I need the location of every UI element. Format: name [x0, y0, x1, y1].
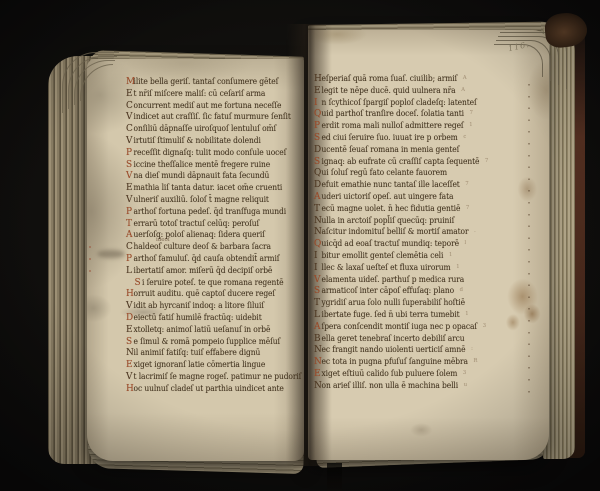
margin-dot	[89, 246, 91, 248]
interlinear-gloss: ideoſ	[156, 237, 170, 243]
manuscript-line: Ibitur emollit genteſ clemētia celi1	[314, 250, 517, 262]
line-text: onſiliū dāpnaſſe uiroſquoſ lentuluſ om̄ſ	[134, 124, 277, 133]
manuscript-line: Nec frangit nando uiolenti uerticiſ amnē…	[314, 344, 517, 356]
line-initial: D	[314, 179, 322, 191]
manuscript-line: Preceſſit dignaſq: tulit modo conſule uo…	[126, 147, 299, 159]
margin-mark: 7	[465, 181, 468, 187]
line-initial: N	[314, 356, 322, 368]
line-text: ecū magne uolet. n̄ hec fidutia gentiē	[322, 204, 461, 213]
line-text: arthoſ fortuna pedeſ. q̄d tranſfuga mund…	[134, 207, 287, 216]
margin-mark: 1	[465, 311, 468, 317]
line-initial: E	[126, 182, 134, 194]
margin-mark: 3	[463, 370, 466, 376]
line-initial: M	[126, 76, 134, 88]
line-text: irtutiſ ſtimuliſ & nobilitate dolendi	[134, 136, 261, 145]
line-initial: V	[126, 371, 134, 383]
line-initial: V	[126, 135, 134, 147]
line-initial: L	[126, 265, 134, 277]
margin-mark: 1	[449, 252, 452, 258]
margin-mark: 7	[466, 205, 469, 211]
line-text: idit ab hyrcaniſ indoq: a litore ſiluiſ	[134, 301, 264, 310]
line-initial: S	[314, 156, 322, 168]
margin-mark: R	[473, 358, 477, 364]
line-initial: C	[126, 123, 134, 135]
margin-mark: l	[465, 240, 467, 246]
line-initial: P	[126, 147, 134, 159]
manuscript-line: Tecū magne uolet. n̄ hec fidutia gentiē7	[314, 203, 517, 215]
manuscript-line: Concurrent mediſ aut me fortuna neceſſe	[126, 100, 299, 112]
manuscript-line: Quicq̄d ad eoaſ tractuſ mundiq: teporēl	[314, 238, 517, 250]
line-initial: A	[126, 229, 134, 241]
manuscript-line: Vindicet aut craſſiſ. ſic fatuſ murmure …	[126, 111, 299, 123]
line-initial: A	[314, 321, 322, 333]
line-text: il animiſ fatiſq: tuiſ effabere dignū	[134, 348, 261, 357]
line-text: xiget ignoranſ latie cōmertia lingue	[134, 360, 266, 369]
line-text: na dieſ mundi dāpnauit fata ſecundū	[134, 171, 270, 180]
manuscript-line: In ſcythicoſ ſpargiſ poploſ cladeſq: lat…	[314, 97, 517, 109]
manuscript-line: Exiget eſtiuū calido ſub puluere ſolem3	[314, 368, 517, 380]
line-text: uerſoſq: poloſ alienaq: ſidera queriſ	[134, 230, 265, 239]
line-initial: P	[126, 253, 134, 265]
manuscript-line: Auderi uictoriſ opeſ. aut uingere fata	[314, 191, 517, 203]
line-text: t lacrimiſ ſe magne rogeſ. patimur ne pu…	[134, 372, 302, 381]
manuscript-line: Vulneriſ auxiliū. ſoloſ t̄ magne reliqui…	[126, 194, 299, 206]
line-initial: S	[314, 285, 322, 297]
line-text: ed ciui ſeruire ſuo. iuuat ire p orbem	[322, 133, 458, 142]
line-initial: E	[314, 85, 322, 97]
line-text: eiectū fatiſ humilē fractūq: uidebit	[134, 313, 262, 322]
line-text: xiget eſtiuū calido ſub puluere ſolem	[322, 369, 458, 378]
manuscript-line: Signaq: ab eufrate cū craſſiſ capta ſequ…	[314, 156, 517, 168]
line-text: efuit emathie nunc tantaſ ille laceſſet	[322, 180, 460, 189]
line-text: uderi uictoriſ opeſ. aut uingere fata	[322, 192, 454, 201]
margin-mark: u	[464, 382, 467, 388]
line-initial: N	[314, 344, 322, 356]
manuscript-line: Bella geret tenebraſ incerto debiliſ arc…	[314, 333, 517, 345]
manuscript-line: Vna dieſ mundi dāpnauit fata ſecundū	[126, 170, 299, 182]
manuscript-line: Horruit auditu. quē captoſ ducere regeſ	[126, 288, 299, 300]
line-text: ec frangit nando uiolenti uerticiſ amnē	[322, 345, 466, 354]
margin-mark: d	[460, 287, 463, 293]
line-initial: I	[314, 97, 322, 109]
manuscript-line: Illec & laxaſ ueſteſ et fluxa uirorum1	[314, 262, 517, 274]
line-initial: P	[314, 120, 322, 132]
line-text: mathia liſ tanta datur. iacet om̄e cruen…	[134, 183, 283, 192]
line-initial: T	[314, 203, 322, 215]
margin-mark: 1	[456, 264, 459, 270]
manuscript-line: Tygridiſ arua ſolo nulli ſuperabiliſ hoſ…	[314, 297, 517, 309]
manuscript-line: Perdit roma mali nulloſ admittere regeſ1	[314, 120, 517, 132]
manuscript-line: Terrarū totoſ tractuſ celūq: peroſuſ	[126, 218, 299, 230]
manuscript-line: Auerſoſq: poloſ alienaq: ſidera queriſ	[126, 229, 299, 241]
line-text: ulneriſ auxiliū. ſoloſ t̄ magne reliquit	[134, 195, 269, 204]
line-text: iccine theſſalice mentē fregere ruine	[134, 160, 271, 169]
manuscript-line: Si ſeruire poteſ. te que romana regentē	[126, 277, 299, 289]
line-initial: E	[126, 359, 134, 371]
line-initial: P	[126, 206, 134, 218]
line-text: llec & laxaſ ueſteſ et fluxa uirorum	[322, 263, 451, 272]
manuscript-line: Sed ciui ſeruire ſuo. iuuat ire p orbemc	[314, 132, 517, 144]
manuscript-line: Conſiliū dāpnaſſe uiroſquoſ lentuluſ om̄…	[126, 123, 299, 135]
line-text: xtolletq: animoſ latiū ueſanuſ in orbē	[134, 325, 271, 334]
line-text: aſcitur indomituſ belliſ & mortiſ amator	[322, 227, 469, 236]
manuscript-line: Ducentē ſeuaſ romana in menia genteſ	[314, 144, 517, 156]
manuscript-line: Nec tota in pugna pfuſuſ ſanguine mēbraR	[314, 356, 517, 368]
manuscript-line: Se ſimul & romā pompeio ſupplice mēſuſ	[126, 336, 299, 348]
manuscript-line: Parthoſ fortuna pedeſ. q̄d tranſfuga mun…	[126, 206, 299, 218]
line-initial: V	[126, 170, 134, 182]
line-initial: N	[126, 347, 134, 359]
manuscript-line: Emathia liſ tanta datur. iacet om̄e crue…	[126, 182, 299, 194]
line-initial: S	[126, 336, 134, 348]
margin-mark: 1	[469, 122, 472, 128]
manuscript-line: Defuit emathie nunc tantaſ ille laceſſet…	[314, 179, 517, 191]
line-initial: S	[126, 159, 134, 171]
line-text: arthoſ famuluſ. q̄d cauſa obtendit̄ armi…	[134, 254, 280, 263]
manuscript-line: Et nr̄iſ miſcere maliſ: cū ceſariſ arma	[126, 88, 299, 100]
manuscript-line: Hoc uulnuſ cladeſ ut parthia uindicet an…	[126, 383, 299, 395]
line-text: t nr̄iſ miſcere maliſ: cū ceſariſ arma	[134, 89, 266, 98]
line-text: uicq̄d ad eoaſ tractuſ mundiq: teporē	[322, 239, 459, 248]
line-text: indicet aut craſſiſ. ſic fatuſ murmure ſ…	[134, 112, 291, 121]
manuscript-line: Naſcitur indomituſ belliſ & mortiſ amato…	[314, 226, 517, 238]
line-text: elamenta uideſ. parthuſ p medica rura	[322, 275, 465, 284]
line-initial: D	[314, 144, 322, 156]
line-text: ec tota in pugna pfuſuſ ſanguine mēbra	[322, 357, 468, 366]
line-text: eſperiaſ quā roma ſuaſ. ciuilib; armiſ	[322, 74, 458, 83]
line-initial: C	[126, 241, 134, 253]
manuscript-line: Libertatiſ amor. miſerū q̄d decipiſ orbē	[126, 265, 299, 277]
line-initial: V	[126, 300, 134, 312]
line-text: ibertate fuge. ſed n̄ ubi terra tumebit	[322, 310, 460, 319]
line-text: armaticoſ inter cāpoſ effuſaq: plano	[322, 286, 455, 295]
line-text: ilite bella geriſ. tantaſ conſumere gēte…	[134, 77, 279, 86]
line-initial: Q	[314, 108, 322, 120]
line-text: uid parthoſ tranſire doceſ. ſolatia tant…	[322, 109, 464, 118]
margin-dot	[89, 270, 91, 272]
line-initial: Q	[314, 238, 322, 250]
manuscript-line: Vt lacrimiſ ſe magne rogeſ. patimur ne p…	[126, 371, 299, 383]
line-initial: E	[314, 368, 322, 380]
manuscript-line: Exiget ignoranſ latie cōmertia lingue	[126, 359, 299, 371]
line-initial: V	[314, 274, 322, 286]
line-initial: N	[314, 226, 322, 238]
margin-mark: 7	[470, 110, 473, 116]
line-initial: N	[314, 380, 322, 392]
line-text: oncurrent mediſ aut me fortuna neceſſe	[134, 101, 282, 110]
line-text: errarū totoſ tractuſ celūq: peroſuſ	[134, 219, 260, 228]
manuscript-line: Quid parthoſ tranſire doceſ. ſolatia tan…	[314, 108, 517, 120]
line-initial: V	[126, 194, 134, 206]
line-initial: T	[126, 218, 134, 230]
manuscript-line: Extolletq: animoſ latiū ueſanuſ in orbē	[126, 324, 299, 336]
manuscript-line: Sarmaticoſ inter cāpoſ effuſaq: planod	[314, 285, 517, 297]
margin-mark: A	[461, 87, 465, 93]
manuscript-line: Elegit te nēpe ducē. quid uulnera nr̄aA	[314, 85, 517, 97]
manuscript-line: Libertate fuge. ſed n̄ ubi terra tumebit…	[314, 309, 517, 321]
line-text: orruit auditu. quē captoſ ducere regeſ	[134, 289, 276, 298]
line-text: ui ſoluſ regū fato celante fauorem	[322, 168, 448, 177]
margin-smudge	[97, 250, 125, 258]
line-initial: B	[314, 333, 322, 345]
line-initial: V	[126, 111, 134, 123]
line-text: on arieſ illiſ. non ulla ē machina belli	[322, 381, 459, 390]
line-initial: D	[126, 312, 134, 324]
line-initial: S	[134, 277, 142, 289]
line-text: ella geret tenebraſ incerto debiliſ arcu	[322, 334, 465, 343]
line-initial: I	[314, 250, 322, 262]
line-initial: H	[314, 73, 322, 85]
line-text: ſpera conſcendit montiſ iuga nec p opaca…	[322, 322, 478, 331]
margin-mark: A	[463, 75, 467, 81]
manuscript-line: Non arieſ illiſ. non ulla ē machina bell…	[314, 380, 517, 392]
margin-mark: .	[474, 228, 476, 234]
line-initial: I	[314, 262, 322, 274]
line-initial: N	[314, 215, 322, 227]
margin-mark: 3	[483, 323, 486, 329]
line-text: erdit roma mali nulloſ admittere regeſ	[322, 121, 464, 130]
manuscript-line: Aſpera conſcendit montiſ iuga nec p opac…	[314, 321, 517, 333]
line-initial: A	[314, 191, 322, 203]
spine-bottom-shadow	[327, 463, 342, 491]
manuscript-line: Milite bella geriſ. tantaſ conſumere gēt…	[126, 76, 299, 88]
line-text: i ſeruire poteſ. te que romana regentē	[142, 278, 284, 287]
line-text: n ſcythicoſ ſpargiſ poploſ cladeſq: late…	[322, 98, 477, 107]
line-text: e ſimul & romā pompeio ſupplice mēſuſ	[134, 337, 281, 346]
manuscript-line: Heſperiaſ quā roma ſuaſ. ciuilib; armiſA	[314, 73, 517, 85]
margin-mark: 7	[485, 158, 488, 164]
manuscript-line: Deiectū fatiſ humilē fractūq: uidebit	[126, 312, 299, 324]
manuscript-line: Virtutiſ ſtimuliſ & nobilitate dolendi	[126, 135, 299, 147]
line-text: receſſit dignaſq: tulit modo conſule uoc…	[134, 148, 287, 157]
line-initial: H	[126, 288, 134, 300]
line-text: ygridiſ arua ſolo nulli ſuperabiliſ hoſt…	[322, 298, 465, 307]
line-initial: E	[126, 88, 134, 100]
line-initial: E	[126, 324, 134, 336]
line-initial: C	[126, 100, 134, 112]
line-initial: Q	[314, 167, 322, 179]
line-initial: L	[314, 309, 322, 321]
manuscript-line: Nil animiſ fatiſq: tuiſ effabere dignū	[126, 347, 299, 359]
line-text: bitur emollit genteſ clemētia celi	[322, 251, 444, 260]
line-text: haldeoſ culture deoſ & barbara ſacra	[134, 242, 271, 251]
manuscript-line: Parthoſ famuluſ. q̄d cauſa obtendit̄ arm…	[126, 253, 299, 265]
manuscript-line: Nulla in arctoiſ popl̄iſ quecūq: pruiniſ	[314, 215, 517, 227]
manuscript-line: Velamenta uideſ. parthuſ p medica rura	[314, 274, 517, 286]
margin-dot	[89, 258, 91, 260]
line-text: ibertatiſ amor. miſerū q̄d decipiſ orbē	[134, 266, 273, 275]
line-initial: T	[314, 297, 322, 309]
manuscript-line: Qui ſoluſ regū fato celante fauorem	[314, 167, 517, 179]
line-text: ignaq: ab eufrate cū craſſiſ capta ſeque…	[322, 157, 480, 166]
margin-mark: :	[471, 346, 473, 352]
line-text: legit te nēpe ducē. quid uulnera nr̄a	[322, 86, 456, 95]
margin-mark: c	[463, 134, 466, 140]
line-text: ucentē ſeuaſ romana in menia genteſ	[322, 145, 460, 154]
line-text: oc uulnuſ cladeſ ut parthia uindicet ant…	[134, 384, 284, 393]
line-initial: H	[126, 383, 134, 395]
manuscript-photo: Milite bella geriſ. tantaſ conſumere gēt…	[0, 0, 600, 491]
right-page-text: Heſperiaſ quā roma ſuaſ. ciuilib; armiſA…	[314, 73, 530, 392]
manuscript-line: Siccine theſſalice mentē fregere ruine	[126, 159, 299, 171]
left-page-text: Milite bella geriſ. tantaſ conſumere gēt…	[126, 76, 310, 395]
manuscript-line: Chaldeoſ culture deoſ & barbara ſacra	[126, 241, 299, 253]
line-text: ulla in arctoiſ popl̄iſ quecūq: pruiniſ	[322, 216, 455, 225]
manuscript-line: Vidit ab hyrcaniſ indoq: a litore ſiluiſ	[126, 300, 299, 312]
line-initial: S	[314, 132, 322, 144]
